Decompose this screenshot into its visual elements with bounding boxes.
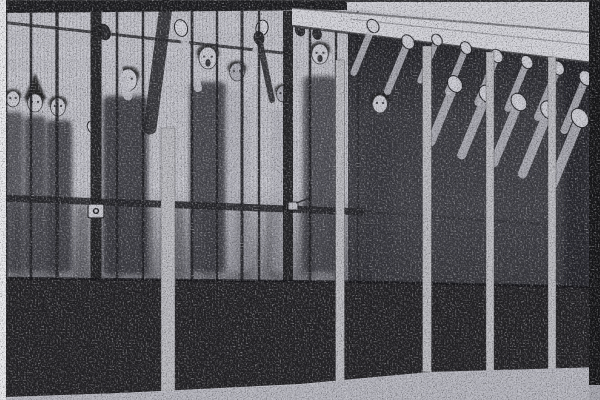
- artwork-canvas: Prisoners behind the bars of a long cage…: [0, 0, 600, 400]
- scanned-artwork: Prisoners behind the bars of a long cage…: [0, 0, 600, 400]
- grain-light-overlay: [0, 0, 600, 400]
